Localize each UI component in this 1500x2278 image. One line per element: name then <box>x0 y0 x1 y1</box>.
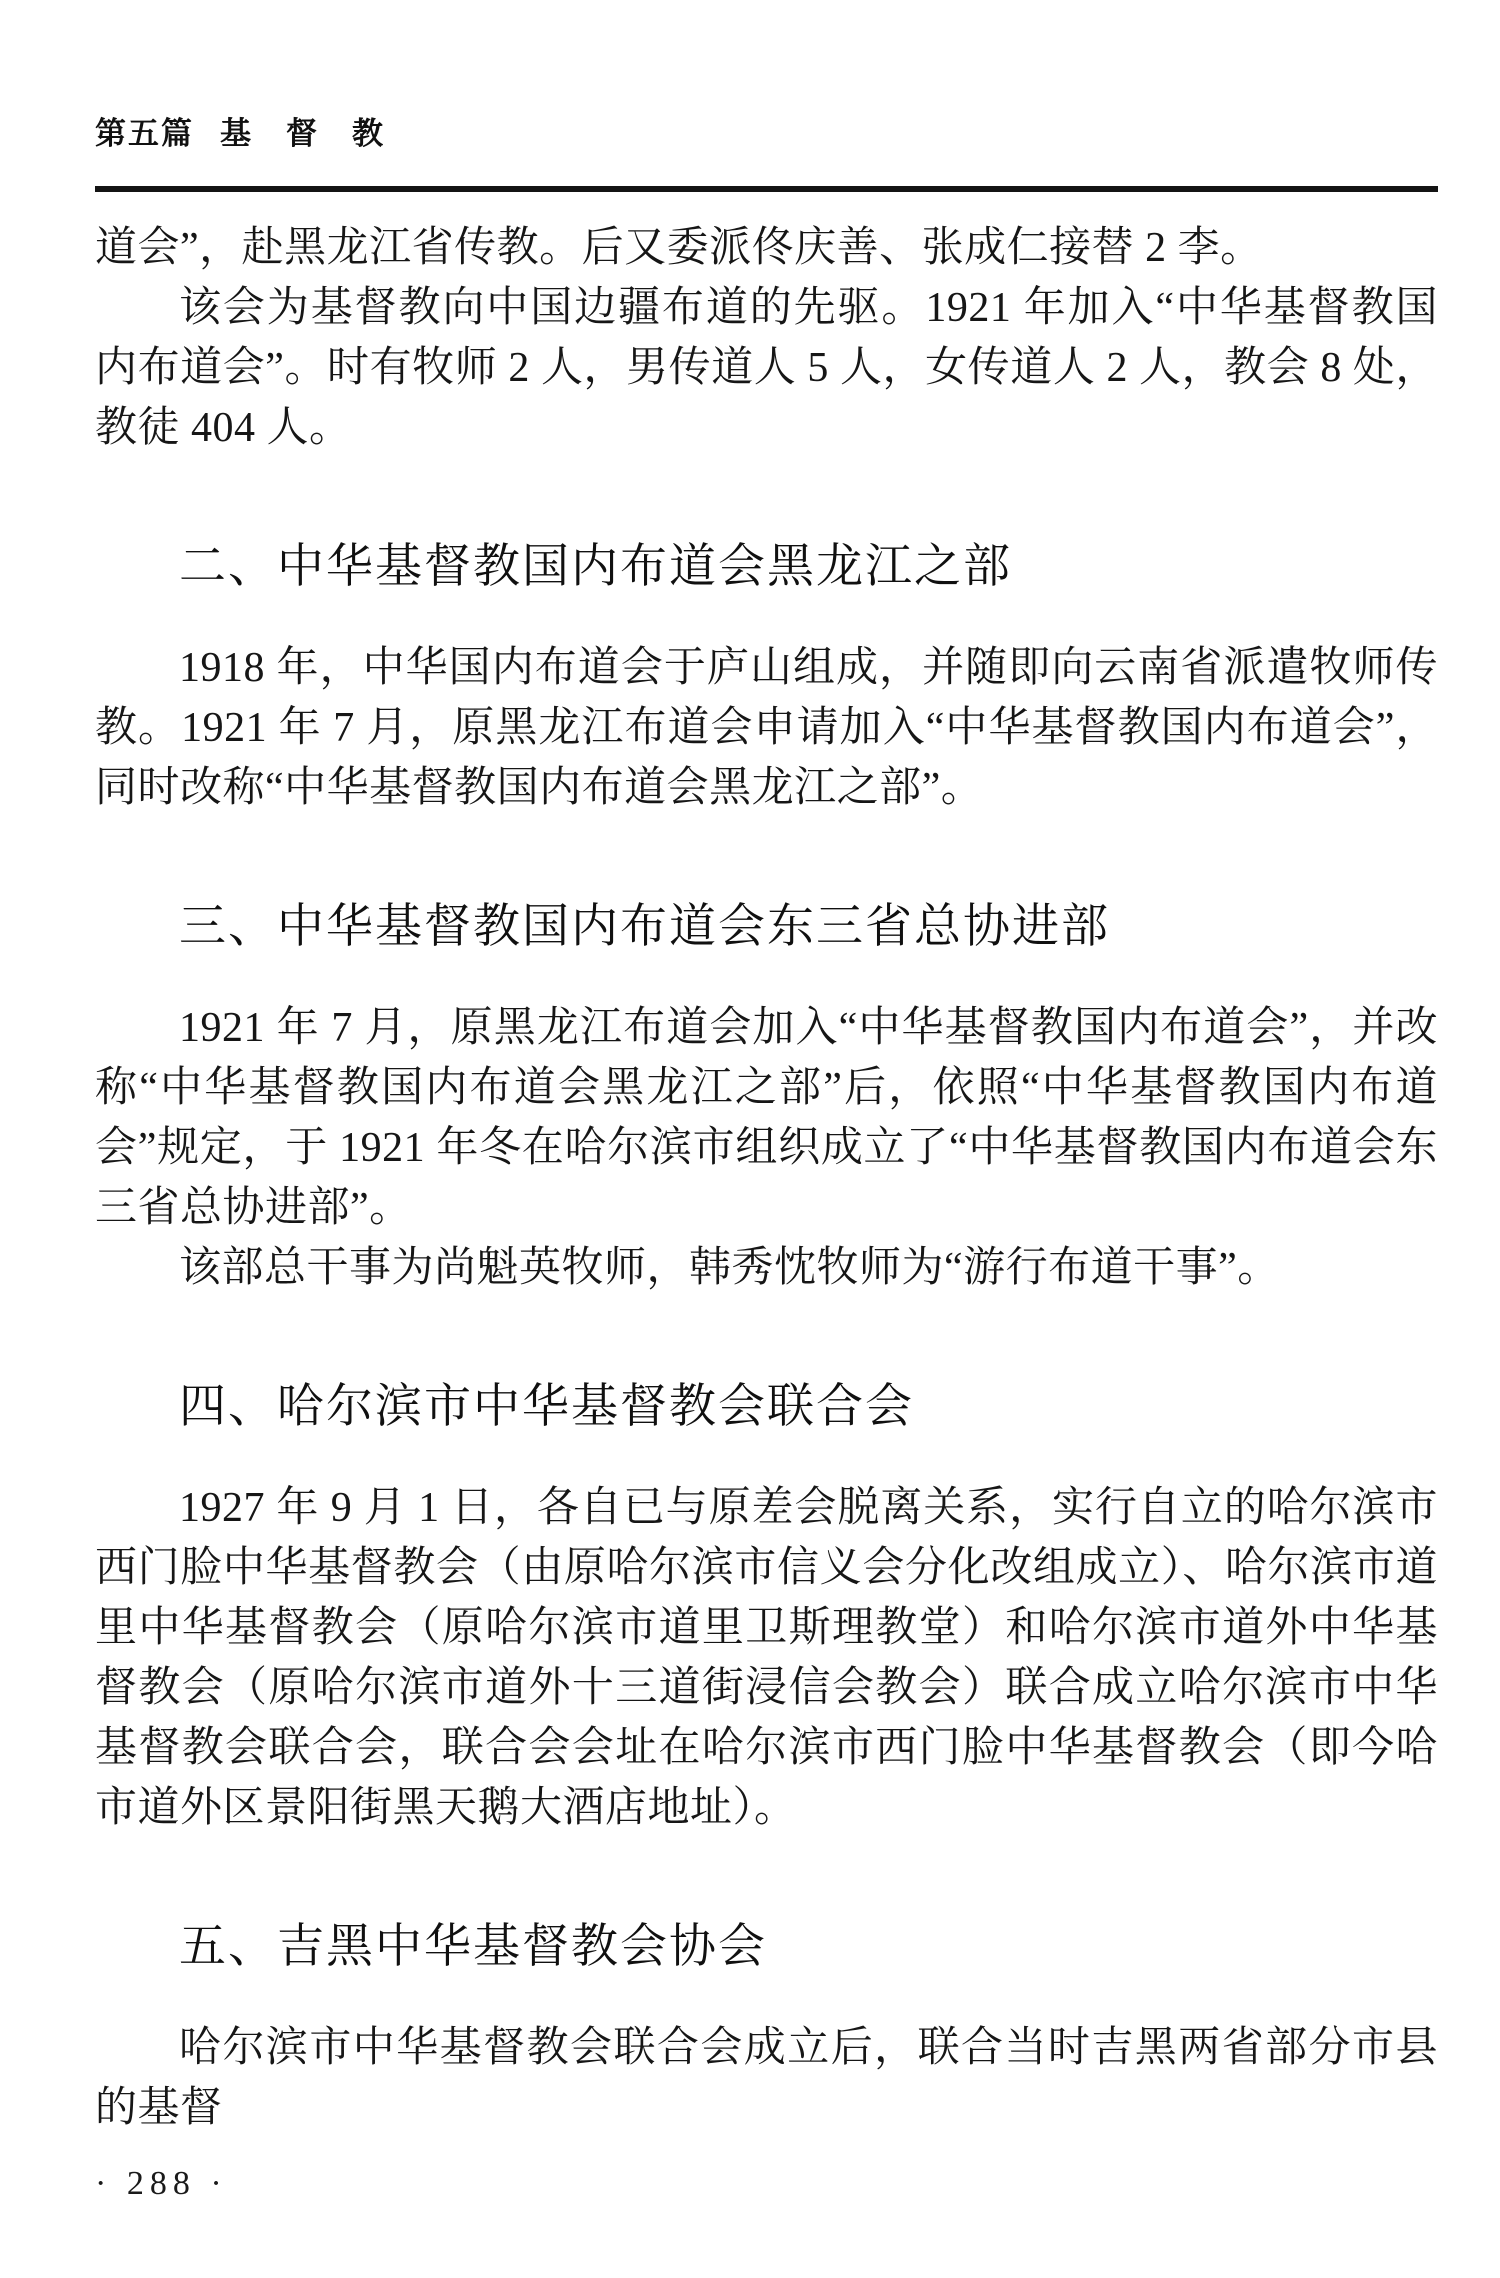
paragraph: 哈尔滨市中华基督教会联合会成立后，联合当时吉黑两省部分市县的基督 <box>95 2018 1438 2138</box>
paragraph-continuation: 道会”，赴黑龙江省传教。后又委派佟庆善、张成仁接替 2 李。 <box>95 218 1438 278</box>
chapter-title: 基 督 教 <box>220 116 385 152</box>
page-number: · 288 · <box>95 2162 1438 2206</box>
chapter-label: 第五篇 <box>95 116 194 152</box>
book-page: 第五篇 基 督 教 道会”，赴黑龙江省传教。后又委派佟庆善、张成仁接替 2 李。… <box>0 0 1500 2278</box>
paragraph: 该部总干事为尚魁英牧师，韩秀忱牧师为“游行布道干事”。 <box>95 1238 1438 1298</box>
section-heading: 四、哈尔滨市中华基督教会联合会 <box>179 1378 1438 1436</box>
section-heading: 五、吉黑中华基督教会协会 <box>179 1918 1438 1976</box>
section-5: 五、吉黑中华基督教会协会 哈尔滨市中华基督教会联合会成立后，联合当时吉黑两省部分… <box>95 1918 1438 2138</box>
paragraph: 1918 年，中华国内布道会于庐山组成，并随即向云南省派遣牧师传教。1921 年… <box>95 638 1438 818</box>
section-4: 四、哈尔滨市中华基督教会联合会 1927 年 9 月 1 日，各自已与原差会脱离… <box>95 1378 1438 1838</box>
paragraph: 1921 年 7 月，原黑龙江布道会加入“中华基督教国内布道会”，并改称“中华基… <box>95 998 1438 1238</box>
opening-text-block: 道会”，赴黑龙江省传教。后又委派佟庆善、张成仁接替 2 李。 该会为基督教向中国… <box>95 218 1438 458</box>
header-rule <box>95 186 1438 192</box>
running-header: 第五篇 基 督 教 <box>95 116 1438 152</box>
section-3: 三、中华基督教国内布道会东三省总协进部 1921 年 7 月，原黑龙江布道会加入… <box>95 898 1438 1298</box>
section-heading: 三、中华基督教国内布道会东三省总协进部 <box>179 898 1438 956</box>
section-2: 二、中华基督教国内布道会黑龙江之部 1918 年，中华国内布道会于庐山组成，并随… <box>95 538 1438 818</box>
paragraph: 该会为基督教向中国边疆布道的先驱。1921 年加入“中华基督教国内布道会”。时有… <box>95 278 1438 458</box>
paragraph: 1927 年 9 月 1 日，各自已与原差会脱离关系，实行自立的哈尔滨市西门脸中… <box>95 1478 1438 1838</box>
section-heading: 二、中华基督教国内布道会黑龙江之部 <box>179 538 1438 596</box>
